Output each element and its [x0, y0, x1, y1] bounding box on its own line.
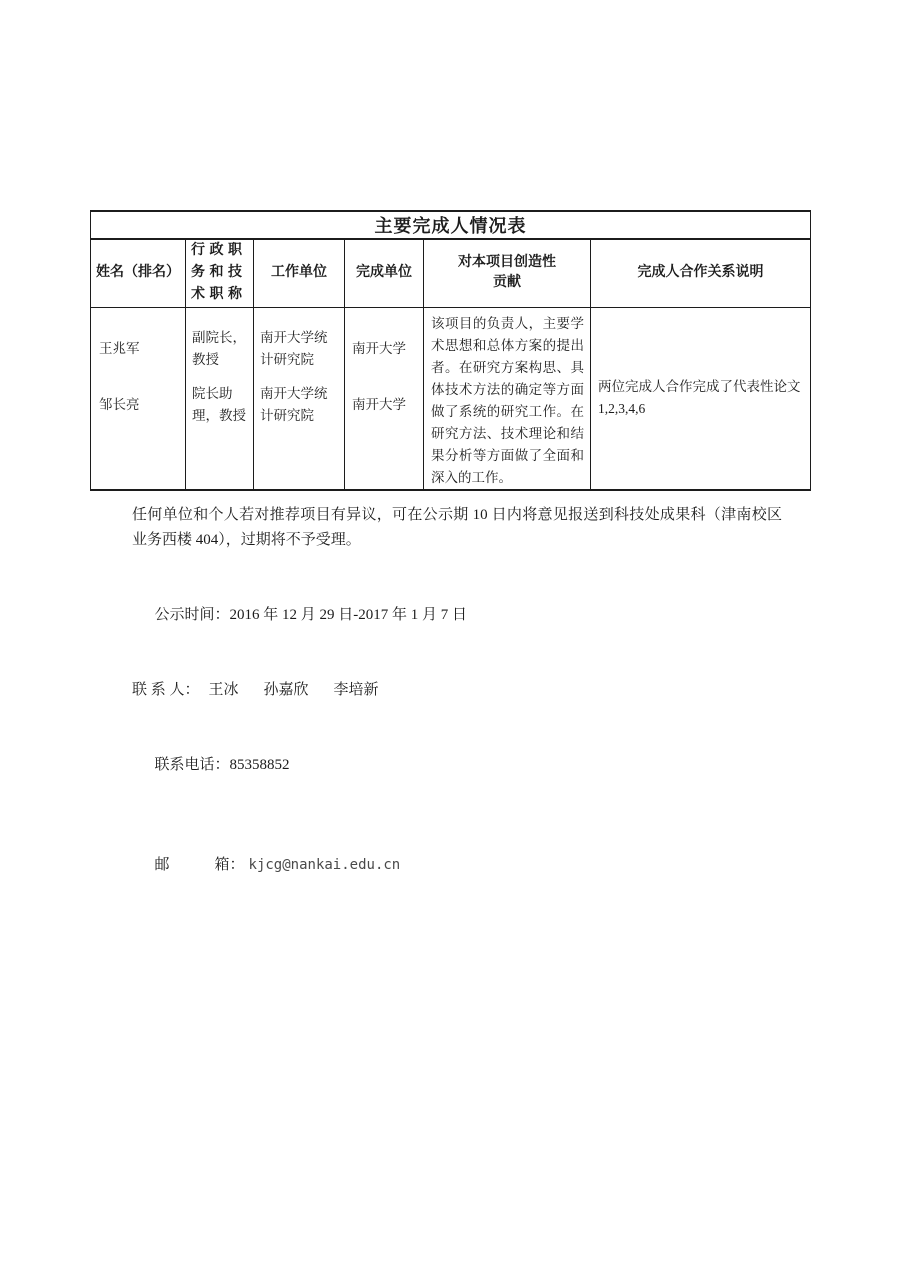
header-cooperation: 完成人合作关系说明	[591, 239, 811, 307]
email-line: 邮 箱：kjcg@nankai.edu.cn	[132, 828, 782, 903]
contact-name: 孙嘉欣	[264, 678, 309, 703]
header-admin-title: 行政职务和技术职称	[186, 239, 254, 307]
table-row: 王兆军 邹长亮 副院长，教授 院长助理，教授 南开大学统计研究院 南开大学统计研…	[91, 307, 811, 490]
table-title: 主要完成人情况表	[91, 211, 811, 239]
contact-name: 李培新	[334, 678, 379, 703]
cell-admin-titles: 副院长，教授 院长助理，教授	[186, 307, 254, 490]
email-value: kjcg@nankai.edu.cn	[249, 857, 401, 873]
document-page: 主要完成人情况表 姓名（排名） 行政职务和技术职称 工作单位 完成单位 对本项目…	[0, 0, 900, 1272]
completer-completion-unit: 南开大学	[352, 326, 417, 372]
cell-cooperation: 两位完成人合作完成了代表性论文1,2,3,4,6	[591, 307, 811, 490]
publicity-period-label: 公示时间：	[155, 607, 230, 623]
cell-names: 王兆军 邹长亮	[91, 307, 186, 490]
publicity-period-line: 公示时间：2016 年 12 月 29 日-2017 年 1 月 7 日	[132, 578, 782, 653]
contact-name: 王冰	[209, 678, 239, 703]
email-label: 邮 箱：	[155, 857, 245, 873]
header-completion-unit: 完成单位	[345, 239, 424, 307]
notes-section: 任何单位和个人若对推荐项目有异议，可在公示期 10 日内将意见报送到科技处成果科…	[132, 503, 782, 903]
cell-work-units: 南开大学统计研究院 南开大学统计研究院	[254, 307, 345, 490]
completer-admin-title: 院长助理，教授	[192, 382, 247, 428]
phone-value: 85358852	[230, 757, 290, 773]
completer-work-unit: 南开大学统计研究院	[260, 326, 339, 372]
objection-paragraph: 任何单位和个人若对推荐项目有异议，可在公示期 10 日内将意见报送到科技处成果科…	[132, 503, 782, 553]
header-name: 姓名（排名）	[91, 239, 186, 307]
phone-line: 联系电话：85358852	[132, 728, 782, 803]
header-contribution: 对本项目创造性 贡献	[424, 239, 591, 307]
cell-completion-units: 南开大学 南开大学	[345, 307, 424, 490]
phone-label: 联系电话：	[155, 757, 230, 773]
completer-name: 邹长亮	[99, 382, 179, 428]
completer-work-unit: 南开大学统计研究院	[260, 382, 339, 428]
main-completers-table: 主要完成人情况表 姓名（排名） 行政职务和技术职称 工作单位 完成单位 对本项目…	[90, 210, 811, 491]
publicity-period-value: 2016 年 12 月 29 日-2017 年 1 月 7 日	[230, 607, 468, 623]
completer-completion-unit: 南开大学	[352, 382, 417, 428]
contacts-line: 联 系 人： 王冰 孙嘉欣 李培新	[132, 678, 782, 703]
header-work-unit: 工作单位	[254, 239, 345, 307]
completer-name: 王兆军	[99, 326, 179, 372]
completer-admin-title: 副院长，教授	[192, 326, 247, 372]
cell-contribution: 该项目的负责人，主要学术思想和总体方案的提出者。在研究方案构思、具体技术方法的确…	[424, 307, 591, 490]
contacts-label: 联 系 人：	[132, 678, 200, 703]
